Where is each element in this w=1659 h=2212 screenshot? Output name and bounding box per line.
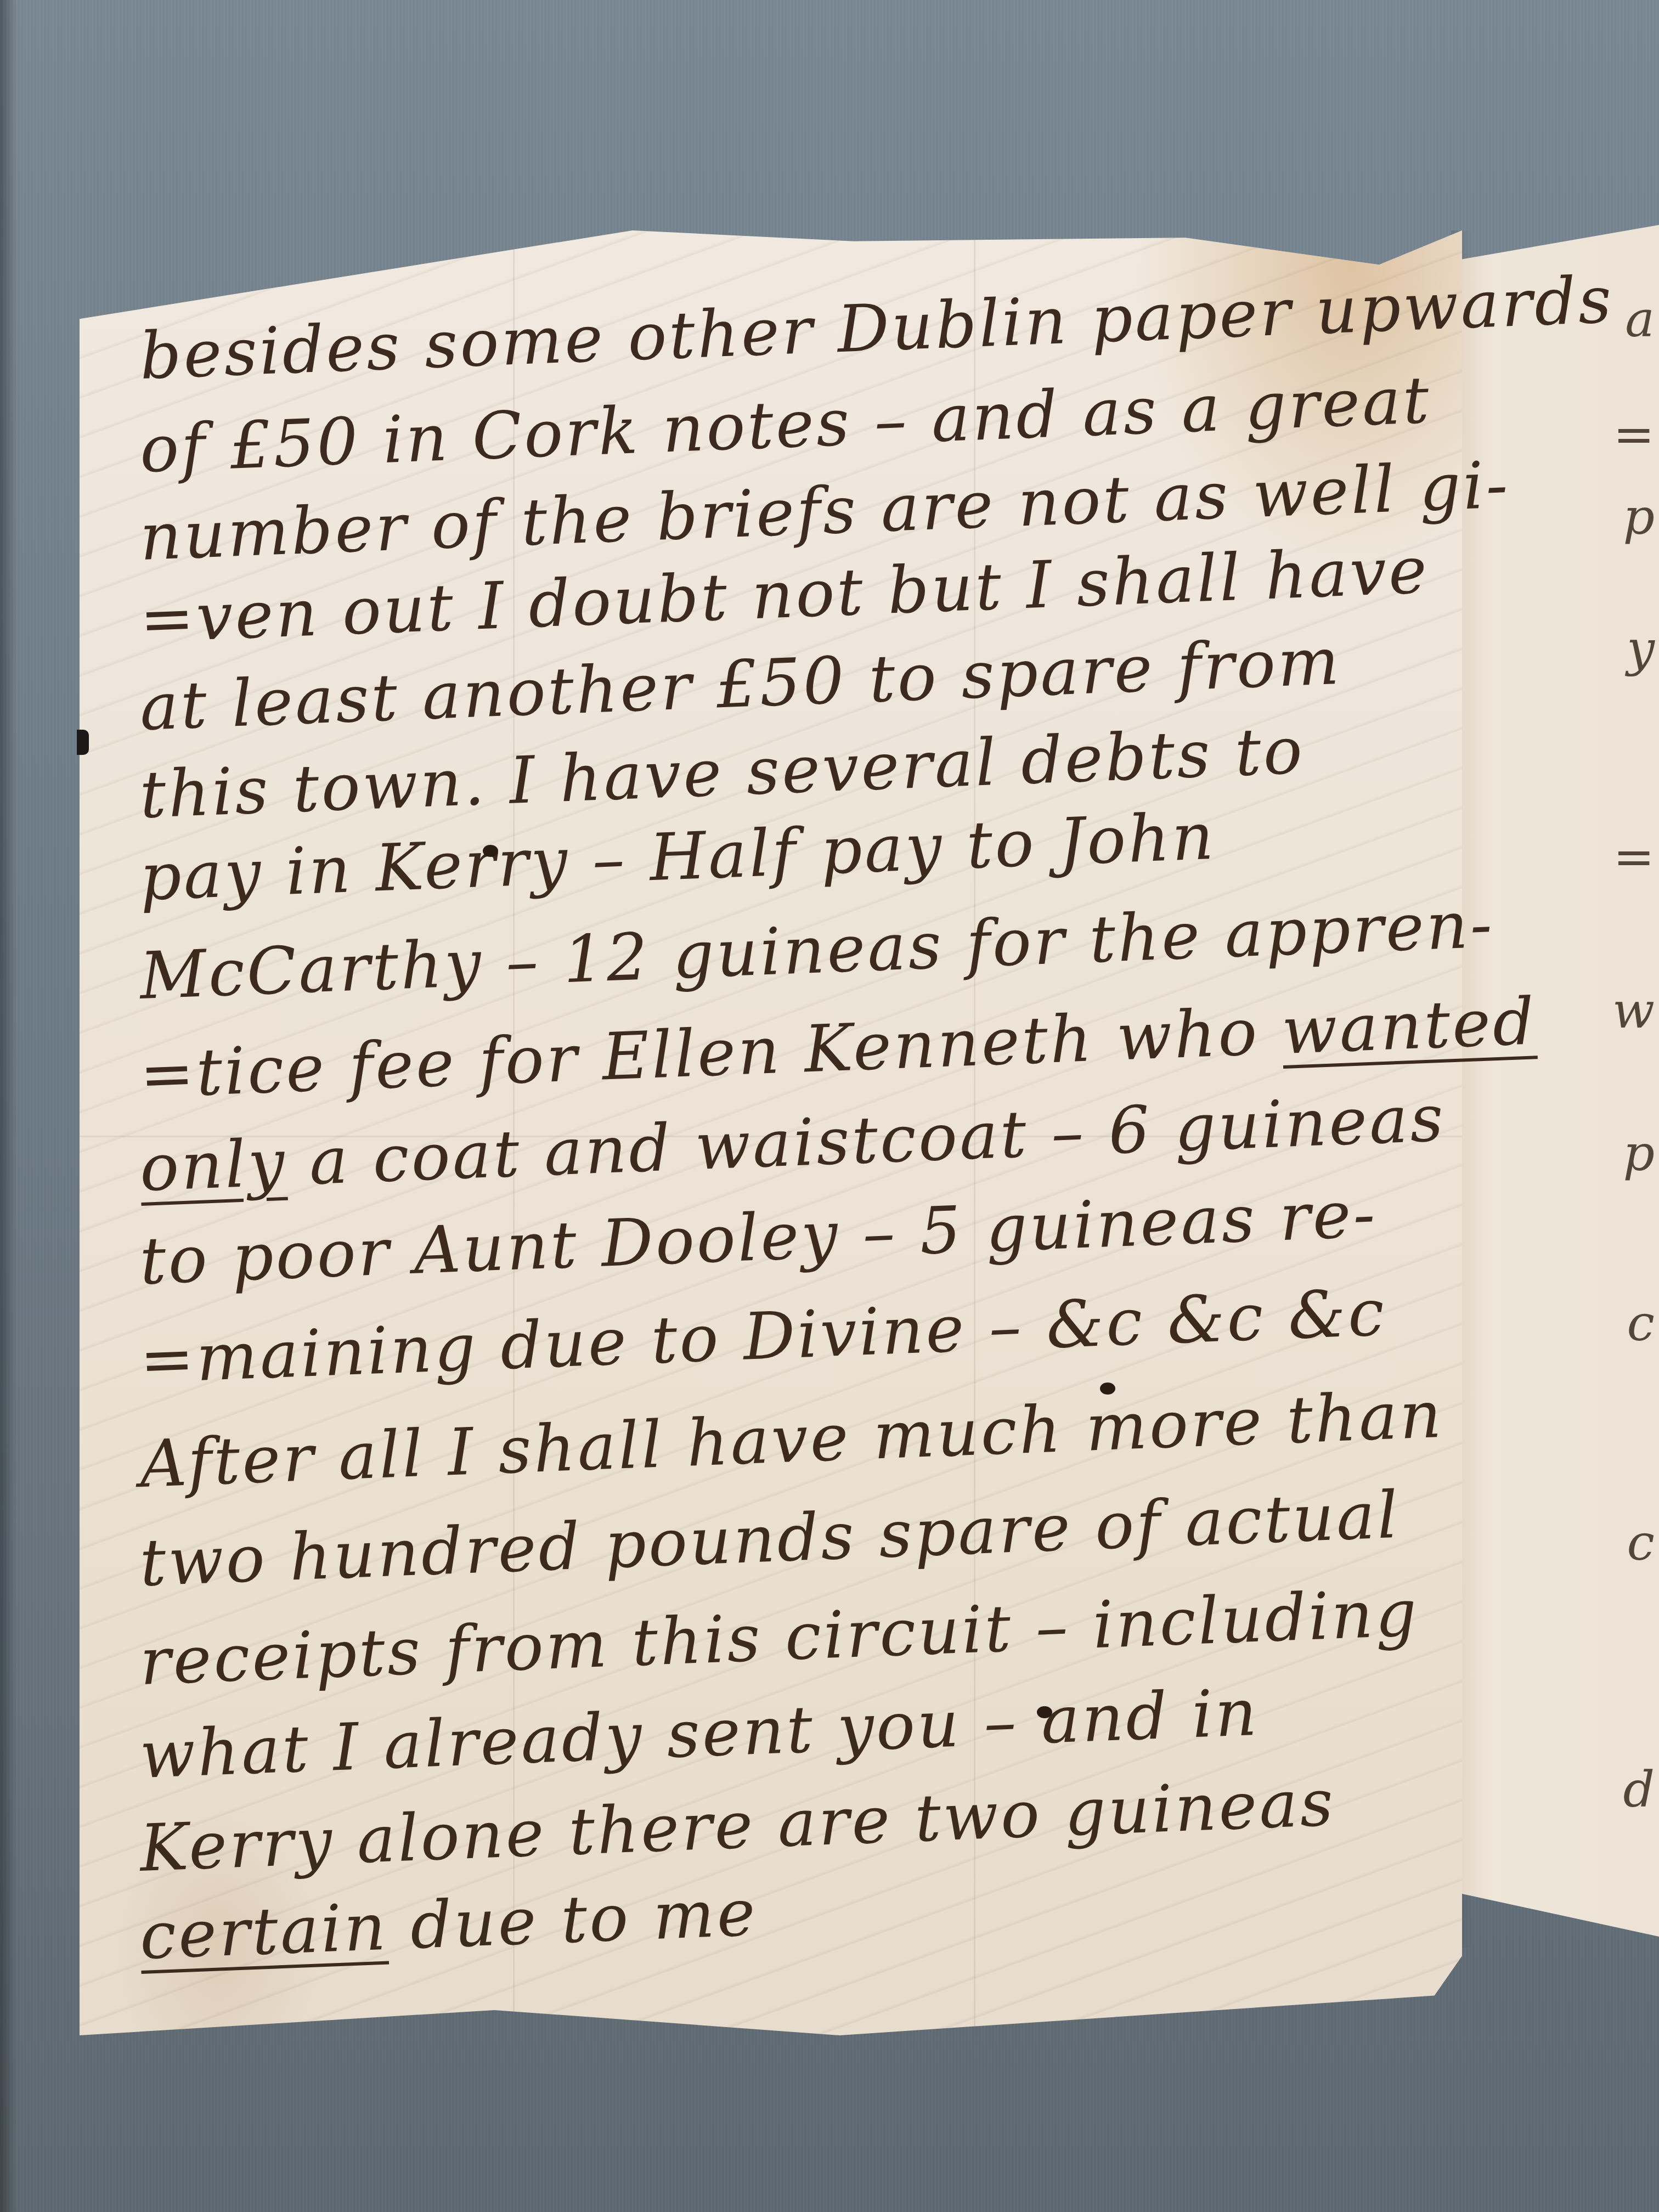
underlined-word: certain xyxy=(138,1889,389,1974)
letter-text: besides some other Dublin paper upwards … xyxy=(80,230,1462,2035)
left-edge-shadow xyxy=(0,0,16,2212)
side-fragment: y xyxy=(1627,620,1655,678)
underlined-word: only xyxy=(138,1125,288,1206)
side-fragment: d xyxy=(1623,1761,1655,1819)
side-fragment: a xyxy=(1625,291,1655,348)
underlined-word: wanted xyxy=(1280,983,1538,1069)
ink-blot xyxy=(1100,1383,1115,1395)
side-fragment: c xyxy=(1627,1514,1655,1572)
text-line: certain due to me xyxy=(138,1875,758,1974)
side-fragment: c xyxy=(1627,1295,1655,1352)
side-fragment: p xyxy=(1623,488,1655,546)
ink-blot xyxy=(1037,1706,1052,1718)
side-fragment: w xyxy=(1612,982,1655,1040)
side-fragment: = xyxy=(1613,406,1655,464)
side-fragment: p xyxy=(1623,1125,1655,1182)
side-fragment: = xyxy=(1613,828,1655,886)
text-line: =maining due to Divine – &c &c &c xyxy=(138,1274,1387,1398)
ink-blot xyxy=(483,845,498,857)
